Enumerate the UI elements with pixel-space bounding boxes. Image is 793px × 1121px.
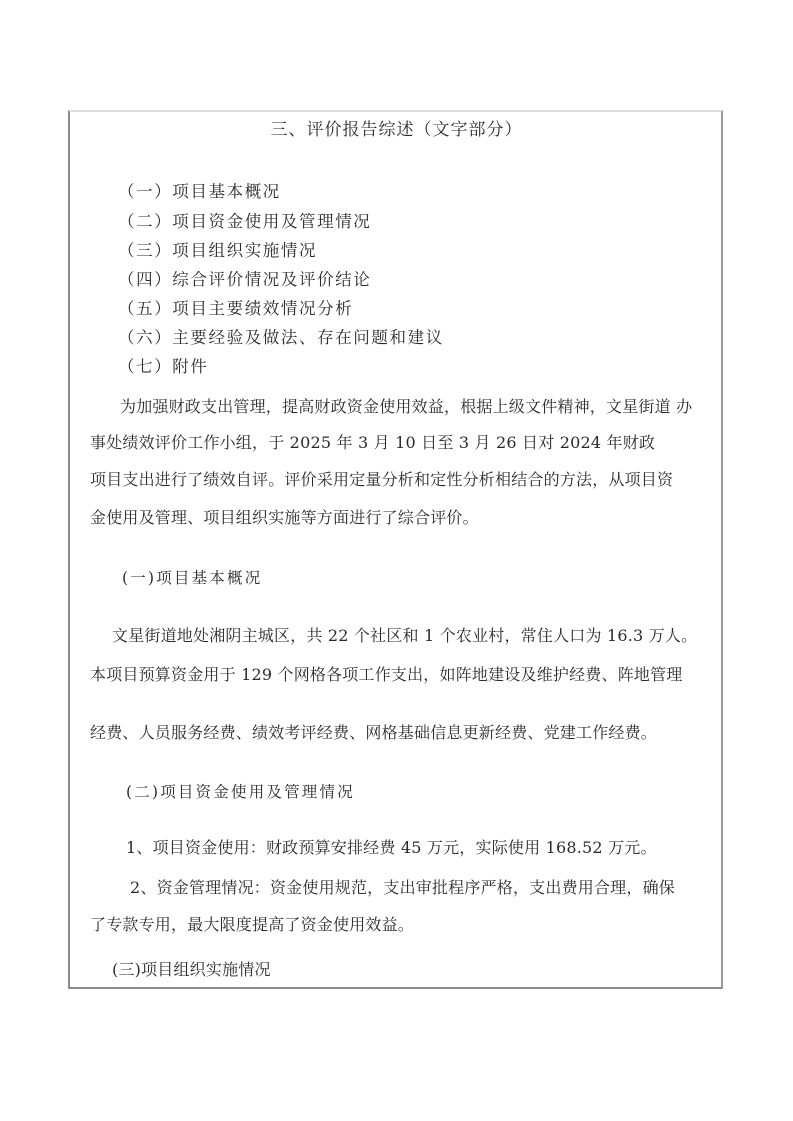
section2-line: 1、项目资金使用：财政预算安排经费 45 万元，实际使用 168.52 万元。 [126, 838, 657, 858]
toc-item: （三）项目组织实施情况 [118, 241, 317, 261]
section2-line: 2、资金管理情况：资金使用规范，支出审批程序严格，支出费用合理，确保 [130, 878, 675, 898]
section1-heading: (一)项目基本概况 [122, 568, 262, 588]
section1-line: 经费、人员服务经费、绩效考评经费、网格基础信息更新经费、党建工作经费。 [90, 723, 657, 743]
section2-line: 了专款专用，最大限度提高了资金使用效益。 [90, 915, 414, 935]
section2-heading: (二)项目资金使用及管理情况 [126, 782, 355, 802]
toc-item: （四）综合评价情况及评价结论 [118, 270, 371, 290]
toc-item: （二）项目资金使用及管理情况 [118, 212, 371, 232]
section1-line: 本项目预算资金用于 129 个网格各项工作支出，如阵地建设及维护经费、阵地管理 [90, 665, 683, 685]
toc-item: （六）主要经验及做法、存在问题和建议 [118, 328, 444, 348]
section1-line: 文星街道地处湘阴主城区，共 22 个社区和 1 个农业村，常住人口为 16.3 … [112, 626, 697, 646]
toc-item: （五）项目主要绩效情况分析 [118, 299, 353, 319]
toc-item: （七）附件 [118, 357, 209, 377]
section-title: 三、评价报告综述（文字部分） [0, 120, 793, 140]
intro-line: 事处绩效评价工作小组，于 2025 年 3 月 10 日至 3 月 26 日对 … [90, 433, 655, 453]
toc-item: （一）项目基本概况 [118, 182, 281, 202]
intro-line: 为加强财政支出管理，提高财政资金使用效益，根据上级文件精神，文星街道 办 [120, 397, 692, 417]
intro-line: 金使用及管理、项目组织实施等方面进行了综合评价。 [90, 508, 479, 528]
intro-line: 项目支出进行了绩效自评。评价采用定量分析和定性分析相结合的方法，从项目资 [90, 470, 673, 490]
section3-heading: (三)项目组织实施情况 [112, 960, 271, 980]
